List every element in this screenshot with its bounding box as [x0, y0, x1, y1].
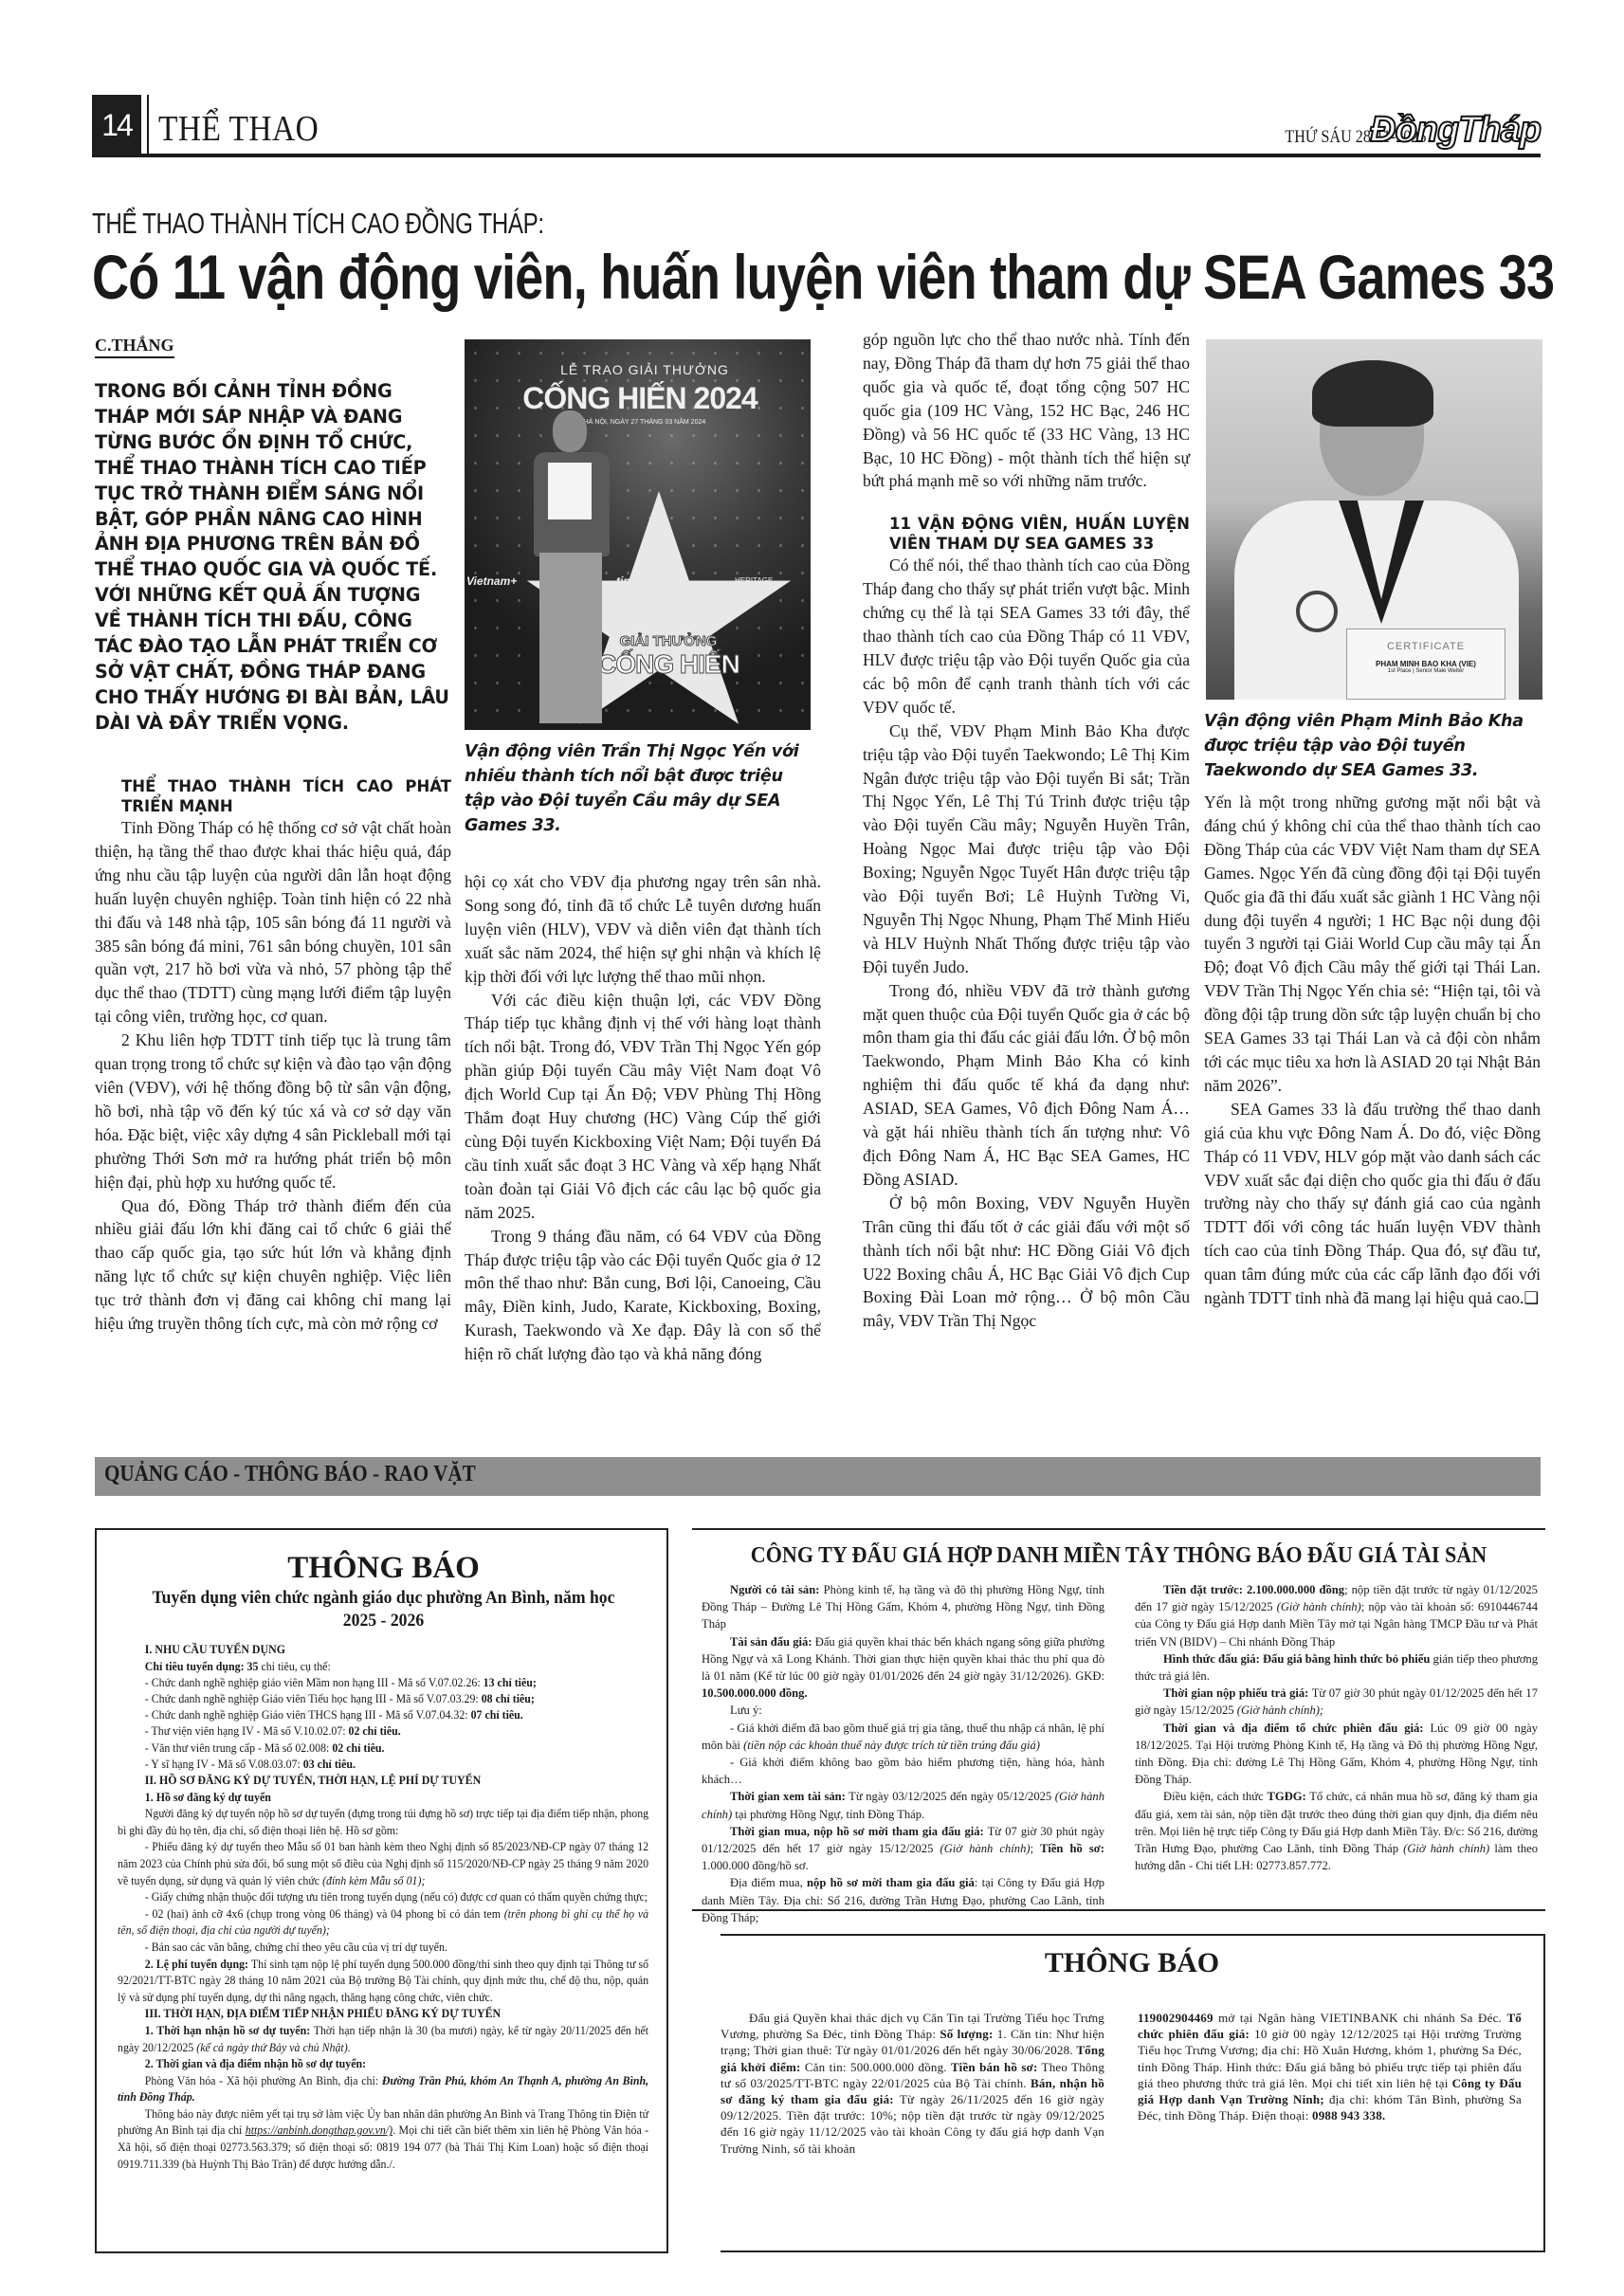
notice-column-left: Người có tài sản: Phòng kinh tế, hạ tầng…: [702, 1581, 1104, 1926]
sub-heading: 1. Hồ sơ đăng ký dự tuyển: [118, 1790, 648, 1807]
notice-column-right: Tiền đặt trước: 2.100.000.000 đồng; nộp …: [1135, 1581, 1538, 1874]
position-item: - Thư viện viên hạng IV - Mã số V.10.02.…: [145, 1723, 648, 1740]
photo-caption: Vận động viên Phạm Minh Bảo Kha được tri…: [1204, 709, 1541, 783]
paragraph: Thông báo này được niêm yết tại trụ sở l…: [118, 2106, 648, 2173]
paragraph: Qua đó, Đồng Tháp trở thành điểm đến của…: [95, 1194, 451, 1336]
paragraph: Với các điều kiện thuận lợi, các VĐV Đồn…: [465, 989, 821, 1225]
certificate: [548, 463, 592, 519]
sub-heading: 2. Thời gian và địa điểm nhận hồ sơ dự t…: [118, 2056, 648, 2073]
position-item: - Chức danh nghề nghiệp Giáo viên Tiểu h…: [145, 1691, 648, 1707]
notice-column-left: Đấu giá Quyền khai thác dịch vụ Căn Tin …: [721, 2010, 1104, 2157]
article-column-4: Yến là một trong những gương mặt nổi bật…: [1204, 791, 1541, 1310]
website-link[interactable]: https://anbinh.dongthap.gov.vn/): [246, 2123, 392, 2137]
paragraph: SEA Games 33 là đấu trường thể thao danh…: [1204, 1098, 1541, 1310]
recruitment-notice: THÔNG BÁO Tuyển dụng viên chức ngành giá…: [95, 1528, 668, 2253]
ads-section-header: QUẢNG CÁO - THÔNG BÁO - RAO VẶT: [95, 1457, 1541, 1496]
paragraph: 1. Thời hạn nhận hồ sơ dự tuyển: Thời hạ…: [118, 2023, 648, 2056]
position-item: - Y sĩ hạng IV - Mã số V.08.03.07: 03 ch…: [145, 1757, 648, 1773]
notice-title: CÔNG TY ĐẤU GIÁ HỢP DANH MIỀN TÂY THÔNG …: [726, 1541, 1511, 1570]
subheading: THỂ THAO THÀNH TÍCH CAO PHÁT TRIỂN MẠNH: [95, 776, 451, 816]
section-heading: II. HỒ SƠ ĐĂNG KÝ DỰ TUYỂN, THỜI HẠN, LỆ…: [118, 1773, 648, 1790]
position-item: - Chức danh nghề nghiệp Giáo viên THCS h…: [145, 1707, 648, 1723]
paragraph: Cụ thể, VĐV Phạm Minh Bảo Kha được triệu…: [863, 720, 1190, 979]
paragraph: Trong đó, nhiều VĐV đã trở thành gương m…: [863, 979, 1190, 1192]
certificate-subtitle: 1st Place | Senior Male Welter: [1347, 668, 1505, 674]
article-kicker: THỂ THAO THÀNH TÍCH CAO ĐỒNG THÁP:: [92, 207, 544, 241]
masthead: 14 THỂ THAO THỨ SÁU 28-11-2025 ĐồngTháp: [92, 95, 1541, 157]
paragraph: hội cọ xát cho VĐV địa phương ngay trên …: [465, 870, 821, 989]
photo-caption: Vận động viên Trần Thị Ngọc Yến với nhiề…: [465, 739, 815, 838]
subheading: 11 VẬN ĐỘNG VIÊN, HUẤN LUYỆN VIÊN THAM D…: [863, 514, 1190, 554]
paragraph: - Phiếu đăng ký dự tuyển theo Mẫu số 01 …: [118, 1839, 648, 1889]
notice-subtitle: Tuyển dụng viên chức ngành giáo dục phườ…: [137, 1587, 631, 1632]
paragraph: Trong 9 tháng đầu năm, có 64 VĐV của Đồn…: [465, 1225, 821, 1366]
backdrop-text: LỄ TRAO GIẢI THƯỞNG: [531, 362, 758, 377]
quota-label: Chỉ tiêu tuyển dụng:: [145, 1660, 245, 1673]
notice-title: THÔNG BÁO: [721, 1945, 1543, 1981]
byline: C.THẮNG: [95, 336, 174, 358]
medal-icon: [1296, 591, 1338, 632]
paragraph: Có thể nói, thể thao thành tích cao của …: [863, 554, 1190, 719]
section-heading: III. THỜI HẠN, ĐỊA ĐIỂM TIẾP NHẬN PHIẾU …: [118, 2006, 648, 2023]
paragraph: Ở bộ môn Boxing, VĐV Nguyễn Huyền Trân c…: [863, 1192, 1190, 1333]
article-lead: TRONG BỐI CẢNH TỈNH ĐỒNG THÁP MỚI SÁP NH…: [95, 379, 450, 737]
position-item: - Văn thư viên trung cấp - Mã số 02.008:…: [145, 1740, 648, 1757]
article-column-3: góp nguồn lực cho thể thao nước nhà. Tín…: [863, 328, 1190, 1333]
paragraph: - 02 (hai) ảnh cỡ 4x6 (chụp trong vòng 0…: [118, 1906, 648, 1940]
photo-bao-kha: CERTIFICATE PHAM MINH BAO KHA (VIE) 1st …: [1206, 339, 1542, 700]
paragraph: 2. Lệ phí tuyển dụng: Thí sinh tạm nộp l…: [118, 1957, 648, 2007]
ads-section-title: QUẢNG CÁO - THÔNG BÁO - RAO VẶT: [104, 1462, 476, 1487]
quota-text: chỉ tiêu, cụ thể:: [261, 1660, 330, 1673]
paragraph: Tỉnh Đồng Tháp có hệ thống cơ sở vật chấ…: [95, 816, 451, 1029]
paragraph: - Bản sao các văn bằng, chứng chỉ theo y…: [118, 1940, 648, 1957]
article-headline: Có 11 vận động viên, huấn luyện viên tha…: [92, 243, 1280, 311]
auction-notice-mien-tay: CÔNG TY ĐẤU GIÁ HỢP DANH MIỀN TÂY THÔNG …: [692, 1528, 1545, 1911]
athlete-hair: [1312, 360, 1433, 427]
newspaper-logo: ĐồngTháp: [1370, 110, 1541, 151]
paragraph: Người đăng ký dự tuyển nộp hồ sơ dự tuyể…: [118, 1806, 648, 1839]
article-column-2: hội cọ xát cho VĐV địa phương ngay trên …: [465, 870, 821, 1366]
certificate: CERTIFICATE PHAM MINH BAO KHA (VIE) 1st …: [1346, 629, 1505, 700]
notice-title: THÔNG BÁO: [118, 1549, 649, 1587]
sponsor-logo: Vietnam+: [466, 574, 517, 588]
page-number: 14: [92, 95, 141, 155]
auction-notice-canteen: THÔNG BÁO Đấu giá Quyền khai thác dịch v…: [721, 1934, 1545, 2252]
divider: [147, 95, 149, 155]
quota-value: 35: [247, 1660, 259, 1673]
notice-column-right: 119002904469 mở tại Ngân hàng VIETINBANK…: [1138, 2010, 1522, 2123]
paragraph: - Giấy chứng nhận thuộc đối tượng ưu tiê…: [118, 1889, 648, 1906]
certificate-name: PHAM MINH BAO KHA (VIE): [1347, 660, 1505, 668]
article-column-1: THỂ THAO THÀNH TÍCH CAO PHÁT TRIỂN MẠNH …: [95, 776, 451, 1336]
position-item: - Chức danh nghề nghiệp giáo viên Mầm no…: [145, 1675, 648, 1691]
section-heading: I. NHU CẦU TUYỂN DỤNG: [118, 1642, 648, 1659]
section-name: THỂ THAO: [158, 108, 319, 150]
paragraph: Yến là một trong những gương mặt nổi bật…: [1204, 791, 1541, 1098]
athlete-figure: [526, 410, 616, 728]
certificate-title: CERTIFICATE: [1347, 641, 1505, 652]
paragraph: Phòng Văn hóa - Xã hội phường An Bình, đ…: [118, 2073, 648, 2106]
paragraph: góp nguồn lực cho thể thao nước nhà. Tín…: [863, 328, 1190, 493]
paragraph: 2 Khu liên hợp TDTT tỉnh tiếp tục là tru…: [95, 1029, 451, 1194]
photo-ngoc-yen: LỄ TRAO GIẢI THƯỞNG CỐNG HIẾN 2024 HÀ NỘ…: [465, 339, 811, 730]
